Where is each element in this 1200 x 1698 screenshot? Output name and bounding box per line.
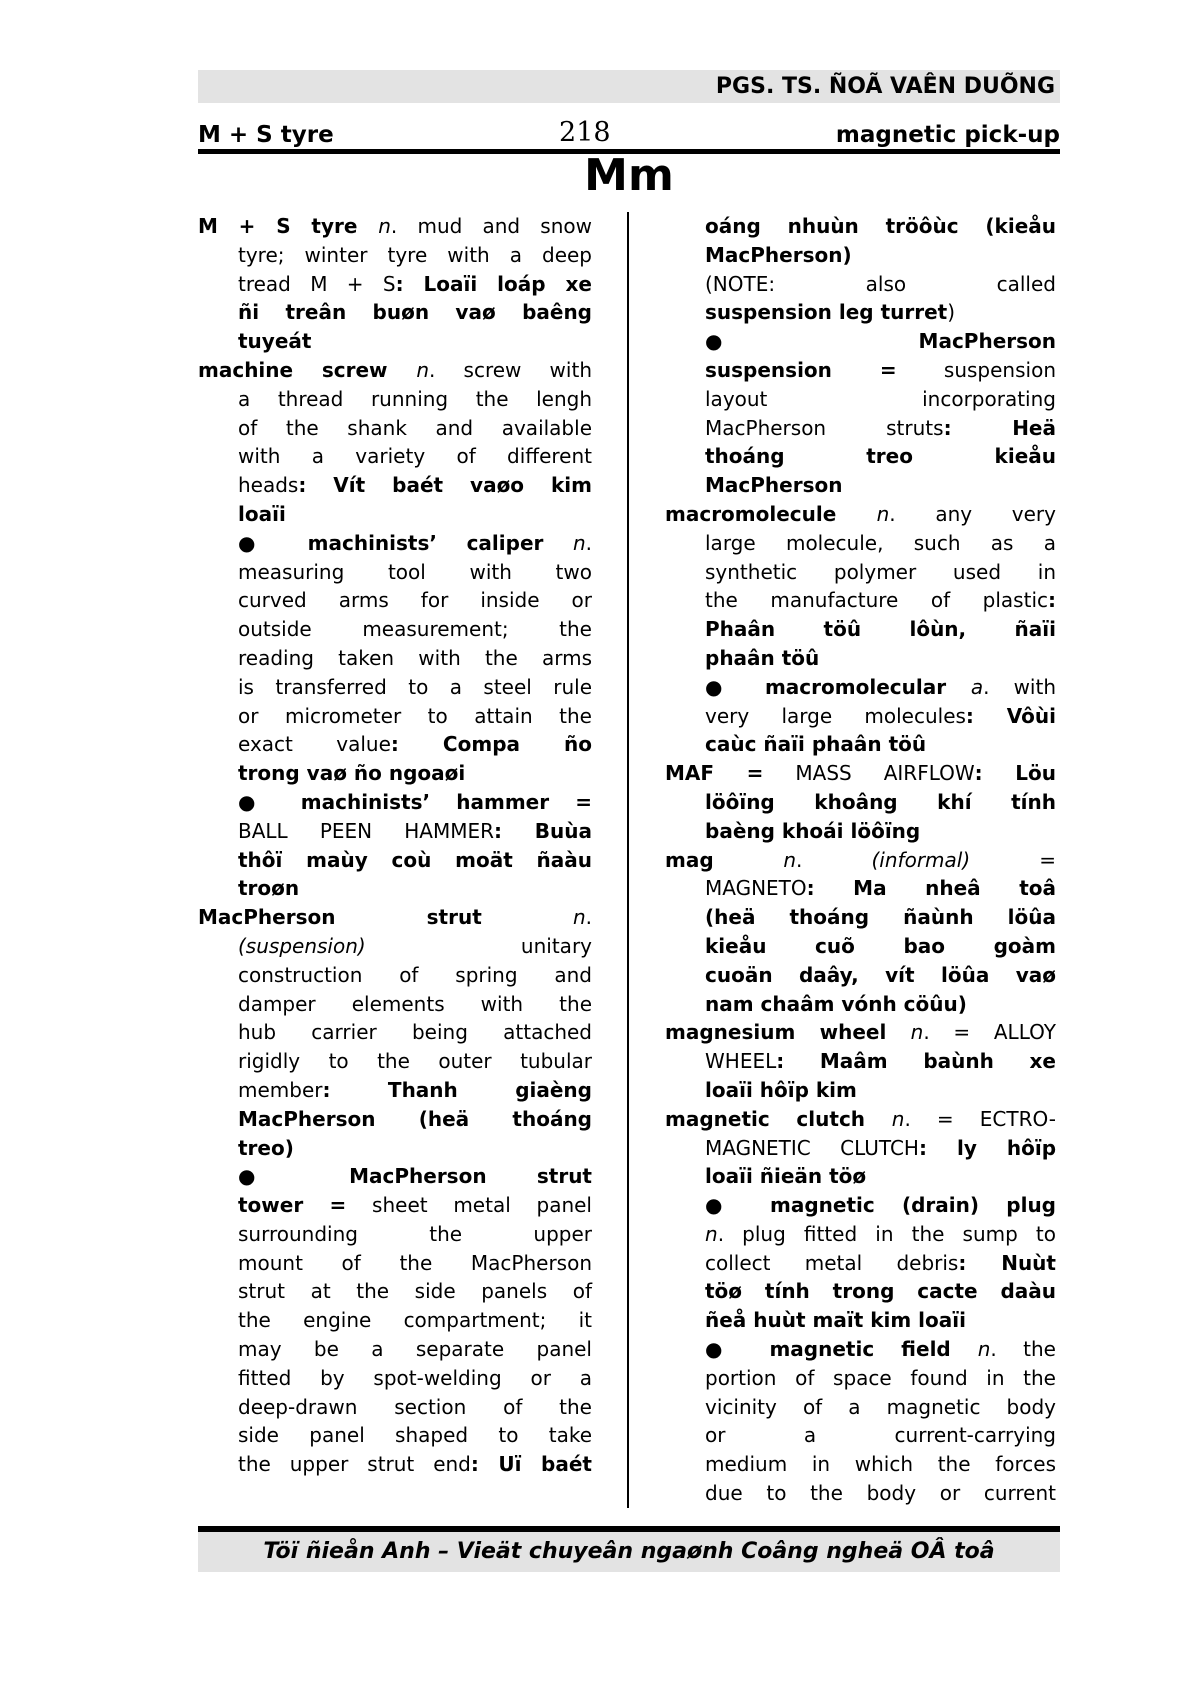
text-run: . with bbox=[983, 675, 1056, 699]
dictionary-line: outside measurement; the bbox=[198, 615, 592, 644]
text-run: . plug fitted in the sump to bbox=[718, 1222, 1056, 1246]
dictionary-line: due to the body or current bbox=[665, 1479, 1056, 1508]
dictionary-line: ñeå huùt maït kim loaïi bbox=[665, 1306, 1056, 1335]
text-run: reading taken with the arms bbox=[238, 646, 592, 670]
text-run: ñi treân buøn vaø baêng bbox=[238, 300, 592, 324]
dictionary-line: M + S tyre n. mud and snow bbox=[198, 212, 592, 241]
text-run: phaân töû bbox=[705, 646, 819, 670]
text-run: the engine compartment; it bbox=[238, 1308, 592, 1332]
dictionary-line: tread M + S: Loaïi loáp xe bbox=[198, 270, 592, 299]
dictionary-line: ñi treân buøn vaø baêng bbox=[198, 298, 592, 327]
text-run: . bbox=[796, 848, 871, 872]
dictionary-line: ● machinists’ hammer = bbox=[198, 788, 592, 817]
dictionary-line: treo) bbox=[198, 1134, 592, 1163]
text-run: MacPherson bbox=[705, 473, 842, 497]
text-run: : bbox=[1048, 588, 1056, 612]
text-run: tread M + S bbox=[238, 272, 396, 296]
dictionary-line: synthetic polymer used in bbox=[665, 558, 1056, 587]
dictionary-line: baèng khoái löôïng bbox=[665, 817, 1056, 846]
dictionary-line: BALL PEEN HAMMER: Buùa bbox=[198, 817, 592, 846]
dictionary-line: or micrometer to attain the bbox=[198, 702, 592, 731]
text-run: . mud and snow bbox=[391, 214, 592, 238]
text-run: MAGNETIC CLUTCH bbox=[705, 1136, 919, 1160]
author-name: PGS. TS. ÑOÃ VAÊN DUÕNG bbox=[716, 74, 1055, 99]
dictionary-line: tower = sheet metal panel bbox=[198, 1191, 592, 1220]
text-run: mount of the MacPherson bbox=[238, 1251, 592, 1275]
dictionary-line: loaïi hôïp kim bbox=[665, 1076, 1056, 1105]
dictionary-line: medium in which the forces bbox=[665, 1450, 1056, 1479]
dictionary-line: heads: Vít baét vaøo kim bbox=[198, 471, 592, 500]
text-run: n bbox=[911, 1020, 924, 1044]
text-run: deep-drawn section of the bbox=[238, 1395, 592, 1419]
dictionary-line: (NOTE: also called bbox=[665, 270, 1056, 299]
text-run: member bbox=[238, 1078, 323, 1102]
text-run: . bbox=[586, 905, 592, 929]
column-divider bbox=[627, 212, 629, 1508]
text-run: ñeå huùt maït kim loaïi bbox=[705, 1308, 966, 1332]
text-run: with a variety of different bbox=[238, 444, 592, 468]
text-run: : Ma nheâ toâ bbox=[807, 876, 1056, 900]
dictionary-line: a thread running the lengh bbox=[198, 385, 592, 414]
text-run: magnetic clutch bbox=[665, 1107, 892, 1131]
text-run: (heä thoáng ñaùnh löûa bbox=[705, 905, 1056, 929]
dictionary-line: reading taken with the arms bbox=[198, 644, 592, 673]
dictionary-line: fitted by spot-welding or a bbox=[198, 1364, 592, 1393]
page-number: 218 bbox=[559, 117, 611, 148]
dictionary-line: magnesium wheel n. = ALLOY bbox=[665, 1018, 1056, 1047]
text-run: is transferred to a steel rule bbox=[238, 675, 592, 699]
text-run: n bbox=[378, 214, 391, 238]
dictionary-line: hub carrier being attached bbox=[198, 1018, 592, 1047]
dictionary-line: trong vaø ño ngoaøi bbox=[198, 759, 592, 788]
text-run: nam chaâm vónh cöûu) bbox=[705, 992, 967, 1016]
text-run: : Thanh giaèng bbox=[323, 1078, 593, 1102]
text-run: : Loaïi loáp xe bbox=[396, 272, 592, 296]
text-run: . any very bbox=[889, 502, 1056, 526]
text-run: : Buùa bbox=[494, 819, 592, 843]
text-run: trong vaø ño ngoaøi bbox=[238, 761, 465, 785]
text-run: : ly hôïp bbox=[919, 1136, 1056, 1160]
dictionary-line: of the shank and available bbox=[198, 414, 592, 443]
text-run: mag bbox=[665, 848, 783, 872]
text-run: baèng khoái löôïng bbox=[705, 819, 920, 843]
text-run: machine screw bbox=[198, 358, 416, 382]
dictionary-line: (heä thoáng ñaùnh löûa bbox=[665, 903, 1056, 932]
text-run: synthetic polymer used in bbox=[705, 560, 1056, 584]
text-run: n bbox=[892, 1107, 905, 1131]
text-run: portion of space found in the bbox=[705, 1366, 1056, 1390]
dictionary-line: löôïng khoâng khí tính bbox=[665, 788, 1056, 817]
text-run: (NOTE: also called bbox=[705, 272, 1056, 296]
dictionary-line: deep-drawn section of the bbox=[198, 1393, 592, 1422]
dictionary-line: measuring tool with two bbox=[198, 558, 592, 587]
text-run: n bbox=[573, 905, 586, 929]
dictionary-page: PGS. TS. ÑOÃ VAÊN DUÕNG M + S tyre 218 m… bbox=[0, 0, 1200, 1698]
dictionary-line: machine screw n. screw with bbox=[198, 356, 592, 385]
text-run: MacPherson) bbox=[705, 243, 852, 267]
text-run: ● machinists’ hammer = bbox=[238, 790, 592, 814]
text-run: unitary bbox=[366, 934, 592, 958]
dictionary-line: may be a separate panel bbox=[198, 1335, 592, 1364]
dictionary-line: side panel shaped to take bbox=[198, 1421, 592, 1450]
text-run: n bbox=[416, 358, 429, 382]
dictionary-line: the upper strut end: Uï baét bbox=[198, 1450, 592, 1479]
text-run: construction of spring and bbox=[238, 963, 592, 987]
dictionary-line: n. plug fitted in the sump to bbox=[665, 1220, 1056, 1249]
dictionary-line: with a variety of different bbox=[198, 442, 592, 471]
text-run: of the shank and available bbox=[238, 416, 592, 440]
text-run: ● MacPherson bbox=[705, 329, 1056, 353]
text-run: löôïng khoâng khí tính bbox=[705, 790, 1056, 814]
dictionary-line: curved arms for inside or bbox=[198, 586, 592, 615]
text-run: exact value bbox=[238, 732, 391, 756]
text-run: suspension leg turret bbox=[705, 300, 947, 324]
text-run: . = ECTRO- bbox=[904, 1107, 1056, 1131]
text-run: tuyeát bbox=[238, 329, 311, 353]
text-run: or a current-carrying bbox=[705, 1423, 1056, 1447]
text-run: or micrometer to attain the bbox=[238, 704, 592, 728]
text-run: ● magnetic field bbox=[705, 1337, 978, 1361]
text-run: very large molecules bbox=[705, 704, 966, 728]
dictionary-line: nam chaâm vónh cöûu) bbox=[665, 990, 1056, 1019]
dictionary-line: phaân töû bbox=[665, 644, 1056, 673]
text-run: magnesium wheel bbox=[665, 1020, 911, 1044]
text-run: outside measurement; the bbox=[238, 617, 592, 641]
text-run: töø tính trong cacte daàu bbox=[705, 1279, 1056, 1303]
dictionary-line: very large molecules: Vôùi bbox=[665, 702, 1056, 731]
dictionary-line: tuyeát bbox=[198, 327, 592, 356]
text-run: : Maâm baùnh xe bbox=[776, 1049, 1056, 1073]
text-run: MacPherson struts bbox=[705, 416, 944, 440]
text-run: the upper strut end bbox=[238, 1452, 471, 1476]
text-run: rigidly to the outer tubular bbox=[238, 1049, 592, 1073]
text-run: n bbox=[978, 1337, 991, 1361]
dictionary-line: layout incorporating bbox=[665, 385, 1056, 414]
text-run: (informal) bbox=[872, 848, 971, 872]
text-run: a bbox=[971, 675, 983, 699]
dictionary-line: ● MacPherson bbox=[665, 327, 1056, 356]
dictionary-line: member: Thanh giaèng bbox=[198, 1076, 592, 1105]
text-run: layout incorporating bbox=[705, 387, 1056, 411]
dictionary-line: MacPherson) bbox=[665, 241, 1056, 270]
dictionary-line: troøn bbox=[198, 874, 592, 903]
dictionary-line: vicinity of a magnetic body bbox=[665, 1393, 1056, 1422]
text-run: ● macromolecular bbox=[705, 675, 971, 699]
text-run: damper elements with the bbox=[238, 992, 592, 1016]
dictionary-line: MAGNETO: Ma nheâ toâ bbox=[665, 874, 1056, 903]
text-run: n bbox=[877, 502, 890, 526]
dictionary-line: magnetic clutch n. = ECTRO- bbox=[665, 1105, 1056, 1134]
text-run: sheet metal panel bbox=[346, 1193, 592, 1217]
text-run: loaïi hôïp kim bbox=[705, 1078, 857, 1102]
text-run: MAGNETO bbox=[705, 876, 807, 900]
text-run: MASS AIRFLOW bbox=[763, 761, 974, 785]
dictionary-line: rigidly to the outer tubular bbox=[198, 1047, 592, 1076]
text-run: . screw with bbox=[429, 358, 592, 382]
dictionary-line: MAF = MASS AIRFLOW: Löu bbox=[665, 759, 1056, 788]
text-run: collect metal debris bbox=[705, 1251, 958, 1275]
dictionary-line: tyre; winter tyre with a deep bbox=[198, 241, 592, 270]
dictionary-line: WHEEL: Maâm baùnh xe bbox=[665, 1047, 1056, 1076]
text-run: BALL PEEN HAMMER bbox=[238, 819, 494, 843]
text-run: loaïi bbox=[238, 502, 286, 526]
text-run: . = ALLOY bbox=[923, 1020, 1056, 1044]
text-run: strut at the side panels of bbox=[238, 1279, 592, 1303]
text-run: (suspension) bbox=[238, 934, 366, 958]
dictionary-line: thoáng treo kieåu bbox=[665, 442, 1056, 471]
section-letter-heading: Mm bbox=[198, 148, 1060, 204]
dictionary-line: (suspension) unitary bbox=[198, 932, 592, 961]
text-run: suspension bbox=[897, 358, 1056, 382]
text-run: : Löu bbox=[975, 761, 1056, 785]
dictionary-line: is transferred to a steel rule bbox=[198, 673, 592, 702]
footer-bar: Töï ñieån Anh – Vieät chuyeân ngaønh Coâ… bbox=[198, 1526, 1060, 1572]
dictionary-line: the manufacture of plastic: bbox=[665, 586, 1056, 615]
text-run: : Vôùi bbox=[966, 704, 1056, 728]
dictionary-line: MacPherson strut n. bbox=[198, 903, 592, 932]
dictionary-line: loaïi ñieän töø bbox=[665, 1162, 1056, 1191]
text-run: MAF = bbox=[665, 761, 763, 785]
dictionary-line: ● macromolecular a. with bbox=[665, 673, 1056, 702]
dictionary-line: suspension = suspension bbox=[665, 356, 1056, 385]
text-run: thoáng treo kieåu bbox=[705, 444, 1056, 468]
left-column: M + S tyre n. mud and snowtyre; winter t… bbox=[198, 212, 592, 1508]
author-header-bar: PGS. TS. ÑOÃ VAÊN DUÕNG bbox=[198, 70, 1060, 103]
text-run: M + S tyre bbox=[198, 214, 378, 238]
dictionary-line: thôï maùy coù moät ñaàu bbox=[198, 846, 592, 875]
right-column: oáng nhuùn tröôùc (kieåuMacPherson)(NOTE… bbox=[665, 212, 1056, 1508]
dictionary-line: MAGNETIC CLUTCH: ly hôïp bbox=[665, 1134, 1056, 1163]
dictionary-line: the engine compartment; it bbox=[198, 1306, 592, 1335]
dictionary-line: strut at the side panels of bbox=[198, 1277, 592, 1306]
dictionary-line: oáng nhuùn tröôùc (kieåu bbox=[665, 212, 1056, 241]
text-run: : Heä bbox=[944, 416, 1056, 440]
dictionary-line: ● MacPherson strut bbox=[198, 1162, 592, 1191]
dictionary-line: loaïi bbox=[198, 500, 592, 529]
dictionary-line: macromolecule n. any very bbox=[665, 500, 1056, 529]
dictionary-line: kieåu cuõ bao goàm bbox=[665, 932, 1056, 961]
text-run: WHEEL bbox=[705, 1049, 776, 1073]
text-run: loaïi ñieän töø bbox=[705, 1164, 866, 1188]
text-run: suspension = bbox=[705, 358, 897, 382]
guide-word-right: magnetic pick-up bbox=[836, 122, 1060, 148]
dictionary-columns: M + S tyre n. mud and snowtyre; winter t… bbox=[198, 212, 1060, 1508]
dictionary-line: portion of space found in the bbox=[665, 1364, 1056, 1393]
text-run: MacPherson (heä thoáng bbox=[238, 1107, 592, 1131]
text-run: surrounding the upper bbox=[238, 1222, 592, 1246]
text-run: thôï maùy coù moät ñaàu bbox=[238, 848, 592, 872]
dictionary-line: cuoän daây, vít löûa vaø bbox=[665, 961, 1056, 990]
text-run: may be a separate panel bbox=[238, 1337, 592, 1361]
text-run: troøn bbox=[238, 876, 299, 900]
text-run: tyre; winter tyre with a deep bbox=[238, 243, 592, 267]
dictionary-line: suspension leg turret) bbox=[665, 298, 1056, 327]
guide-word-left: M + S tyre bbox=[198, 122, 334, 148]
text-run: the manufacture of plastic bbox=[705, 588, 1048, 612]
dictionary-line: MacPherson bbox=[665, 471, 1056, 500]
text-run: ● magnetic (drain) plug bbox=[705, 1193, 1056, 1217]
dictionary-line: large molecule, such as a bbox=[665, 529, 1056, 558]
dictionary-line: ● machinists’ caliper n. bbox=[198, 529, 592, 558]
text-run: treo) bbox=[238, 1136, 294, 1160]
dictionary-line: ● magnetic field n. the bbox=[665, 1335, 1056, 1364]
dictionary-line: mag n. (informal) = bbox=[665, 846, 1056, 875]
dictionary-line: mount of the MacPherson bbox=[198, 1249, 592, 1278]
text-run: MacPherson strut bbox=[198, 905, 573, 929]
text-run: . bbox=[586, 531, 592, 555]
text-run: : Compa ño bbox=[391, 732, 592, 756]
dictionary-line: surrounding the upper bbox=[198, 1220, 592, 1249]
text-run: macromolecule bbox=[665, 502, 877, 526]
dictionary-line: construction of spring and bbox=[198, 961, 592, 990]
dictionary-line: MacPherson struts: Heä bbox=[665, 414, 1056, 443]
text-run: ) bbox=[947, 300, 955, 324]
dictionary-line: exact value: Compa ño bbox=[198, 730, 592, 759]
text-run: n bbox=[705, 1222, 718, 1246]
dictionary-line: collect metal debris: Nuùt bbox=[665, 1249, 1056, 1278]
text-run: fitted by spot-welding or a bbox=[238, 1366, 592, 1390]
dictionary-line: töø tính trong cacte daàu bbox=[665, 1277, 1056, 1306]
footer-title: Töï ñieån Anh – Vieät chuyeân ngaønh Coâ… bbox=[263, 1539, 994, 1564]
text-run: . the bbox=[990, 1337, 1056, 1361]
text-run: medium in which the forces bbox=[705, 1452, 1056, 1476]
text-run: : Vít baét vaøo kim bbox=[298, 473, 592, 497]
text-run: heads bbox=[238, 473, 298, 497]
text-run: due to the body or current bbox=[705, 1481, 1056, 1505]
text-run: hub carrier being attached bbox=[238, 1020, 592, 1044]
text-run: ● machinists’ caliper bbox=[238, 531, 573, 555]
text-run: large molecule, such as a bbox=[705, 531, 1056, 555]
text-run: measuring tool with two bbox=[238, 560, 592, 584]
text-run: caùc ñaïi phaân töû bbox=[705, 732, 926, 756]
text-run: a thread running the lengh bbox=[238, 387, 592, 411]
dictionary-line: MacPherson (heä thoáng bbox=[198, 1105, 592, 1134]
dictionary-line: Phaân töû lôùn, ñaïi bbox=[665, 615, 1056, 644]
text-run: side panel shaped to take bbox=[238, 1423, 592, 1447]
text-run: kieåu cuõ bao goàm bbox=[705, 934, 1056, 958]
text-run: n bbox=[783, 848, 796, 872]
dictionary-line: caùc ñaïi phaân töû bbox=[665, 730, 1056, 759]
text-run: curved arms for inside or bbox=[238, 588, 592, 612]
dictionary-line: damper elements with the bbox=[198, 990, 592, 1019]
text-run: cuoän daây, vít löûa vaø bbox=[705, 963, 1056, 987]
text-run: oáng nhuùn tröôùc (kieåu bbox=[705, 214, 1056, 238]
text-run: tower = bbox=[238, 1193, 346, 1217]
text-run: ● MacPherson strut bbox=[238, 1164, 592, 1188]
text-run: n bbox=[573, 531, 586, 555]
text-run: Phaân töû lôùn, ñaïi bbox=[705, 617, 1056, 641]
dictionary-line: ● magnetic (drain) plug bbox=[665, 1191, 1056, 1220]
text-run: : Nuùt bbox=[958, 1251, 1056, 1275]
text-run: : Uï baét bbox=[471, 1452, 592, 1476]
text-run: = bbox=[970, 848, 1056, 872]
text-run: vicinity of a magnetic body bbox=[705, 1395, 1056, 1419]
dictionary-line: or a current-carrying bbox=[665, 1421, 1056, 1450]
